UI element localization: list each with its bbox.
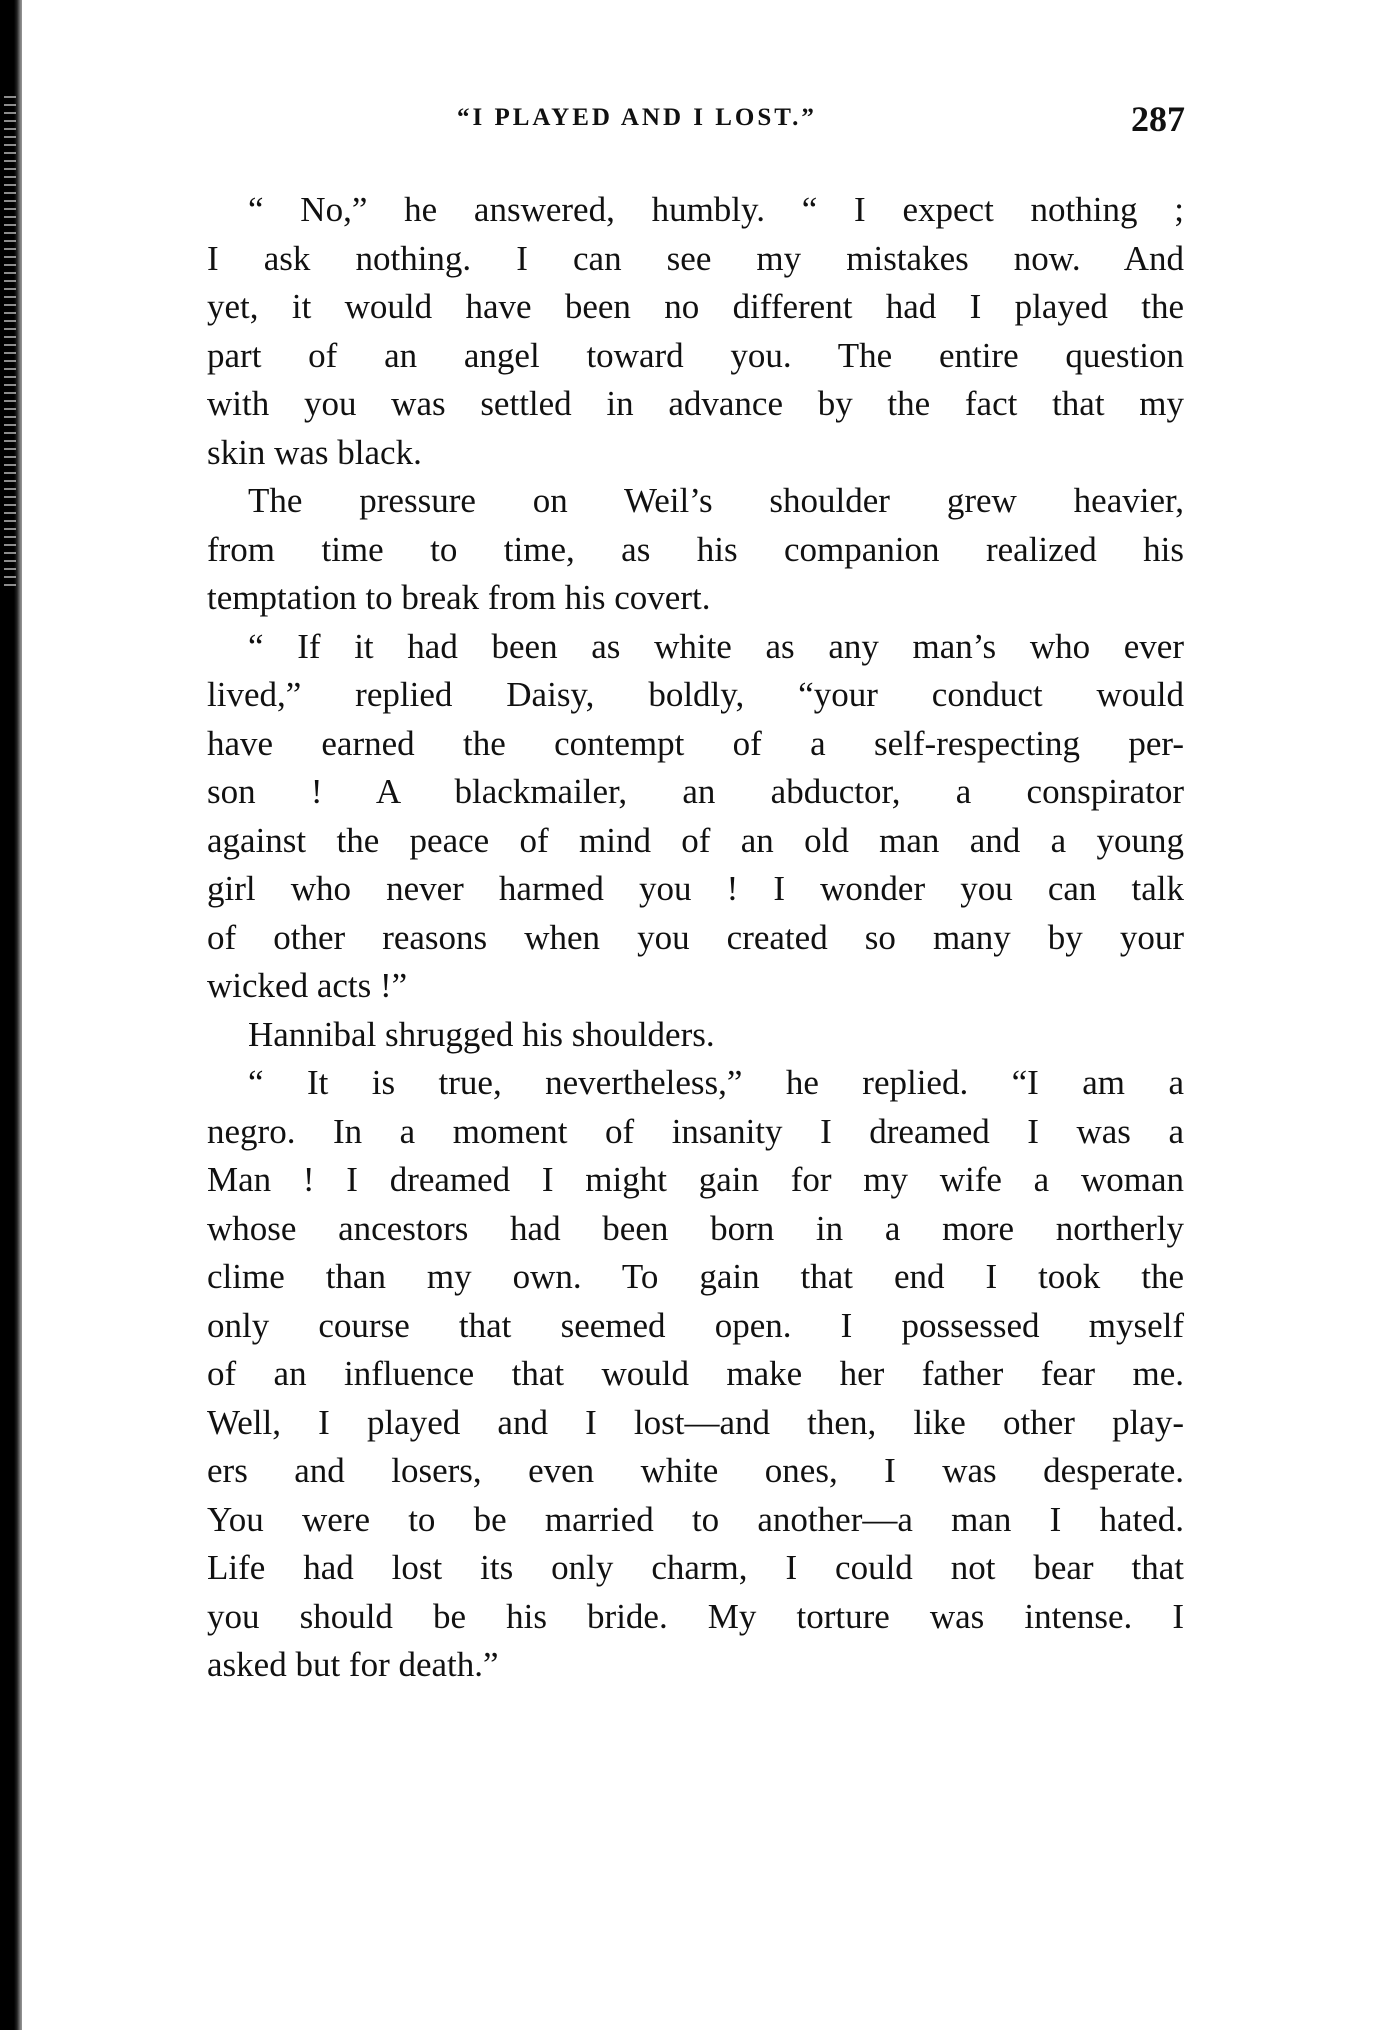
text-line: of other reasons when you created so man… (207, 914, 1184, 963)
running-head: “I PLAYED AND I LOST.” 287 (205, 98, 1185, 148)
text-line: clime than my own. To gain that end I to… (207, 1253, 1184, 1302)
text-line: wicked acts !” (207, 962, 1184, 1011)
page-binding-speckle (4, 90, 16, 590)
running-title: “I PLAYED AND I LOST.” (457, 104, 817, 132)
paragraph: Hannibal shrugged his shoulders. (207, 1011, 1184, 1060)
text-line: “ No,” he answered, humbly. “ I expect n… (207, 186, 1184, 235)
text-line: I ask nothing. I can see my mistakes now… (207, 235, 1184, 284)
text-line: from time to time, as his companion real… (207, 526, 1184, 575)
body-text: “ No,” he answered, humbly. “ I expect n… (207, 186, 1184, 1690)
text-line: against the peace of mind of an old man … (207, 817, 1184, 866)
text-line: yet, it would have been no different had… (207, 283, 1184, 332)
paragraph: “ It is true, nevertheless,” he replied.… (207, 1059, 1184, 1690)
paragraph: “ No,” he answered, humbly. “ I expect n… (207, 186, 1184, 477)
text-line: Life had lost its only charm, I could no… (207, 1544, 1184, 1593)
text-line: The pressure on Weil’s shoulder grew hea… (207, 477, 1184, 526)
text-line: You were to be married to another—a man … (207, 1496, 1184, 1545)
text-line: asked but for death.” (207, 1641, 1184, 1690)
text-line: ers and losers, even white ones, I was d… (207, 1447, 1184, 1496)
text-line: girl who never harmed you ! I wonder you… (207, 865, 1184, 914)
text-line: “ It is true, nevertheless,” he replied.… (207, 1059, 1184, 1108)
text-line: negro. In a moment of insanity I dreamed… (207, 1108, 1184, 1157)
text-line: have earned the contempt of a self-respe… (207, 720, 1184, 769)
text-line: only course that seemed open. I possesse… (207, 1302, 1184, 1351)
text-line: Well, I played and I lost—and then, like… (207, 1399, 1184, 1448)
text-line: lived,” replied Daisy, boldly, “your con… (207, 671, 1184, 720)
text-line: Man ! I dreamed I might gain for my wife… (207, 1156, 1184, 1205)
text-line: skin was black. (207, 429, 1184, 478)
text-line: part of an angel toward you. The entire … (207, 332, 1184, 381)
paragraph: “ If it had been as white as any man’s w… (207, 623, 1184, 1011)
text-line: Hannibal shrugged his shoulders. (207, 1011, 1184, 1060)
text-line: “ If it had been as white as any man’s w… (207, 623, 1184, 672)
text-line: temptation to break from his covert. (207, 574, 1184, 623)
text-line: you should be his bride. My torture was … (207, 1593, 1184, 1642)
page-number: 287 (1131, 98, 1185, 140)
paragraph: The pressure on Weil’s shoulder grew hea… (207, 477, 1184, 623)
text-line: with you was settled in advance by the f… (207, 380, 1184, 429)
text-line: whose ancestors had been born in a more … (207, 1205, 1184, 1254)
text-line: of an influence that would make her fath… (207, 1350, 1184, 1399)
text-line: son ! A blackmailer, an abductor, a cons… (207, 768, 1184, 817)
